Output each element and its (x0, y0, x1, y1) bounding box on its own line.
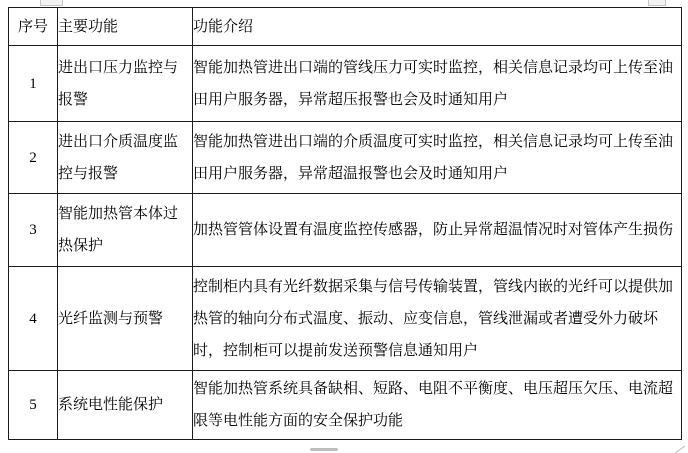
function-cell: 系统电性能保护 (58, 371, 193, 440)
row-number-cell: 2 (9, 122, 58, 194)
table-row: 3 智能加热管本体过热保护 加热管管体设置有温度监控传感器，防止异常超温情况时对… (9, 194, 682, 267)
header-cell-function: 主要功能 (58, 8, 193, 46)
row-number-cell: 3 (9, 194, 58, 267)
description-cell: 智能加热管进出口端的管线压力可实时监控，相关信息记录均可上传至油田用户服务器，异… (193, 46, 682, 122)
cropped-ui-artifact-top-left (40, 0, 63, 6)
document-page: { "colors": { "table_border": "#1c1c1c",… (0, 0, 688, 453)
function-cell: 光纤监测与预警 (58, 267, 193, 371)
row-number-cell: 5 (9, 371, 58, 440)
description-cell: 智能加热管进出口端的介质温度可实时监控，相关信息记录均可上传至油田用户服务器，异… (193, 122, 682, 194)
features-table: 序号 主要功能 功能介绍 1 进出口压力监控与报警 智能加热管进出口端的管线压力… (8, 7, 682, 440)
table-row: 4 光纤监测与预警 控制柜内具有光纤数据采集与信号传输装置，管线内嵌的光纤可以提… (9, 267, 682, 371)
row-number-cell: 4 (9, 267, 58, 371)
header-cell-number: 序号 (9, 8, 58, 46)
function-cell: 进出口介质温度监控与报警 (58, 122, 193, 194)
table-row: 1 进出口压力监控与报警 智能加热管进出口端的管线压力可实时监控，相关信息记录均… (9, 46, 682, 122)
table-resize-handle-icon (675, 446, 685, 453)
cropped-ui-artifact-top-right (648, 0, 666, 6)
table-row: 2 进出口介质温度监控与报警 智能加热管进出口端的介质温度可实时监控，相关信息记… (9, 122, 682, 194)
description-cell: 加热管管体设置有温度监控传感器，防止异常超温情况时对管体产生损伤 (193, 194, 682, 267)
row-number-cell: 1 (9, 46, 58, 122)
description-cell: 控制柜内具有光纤数据采集与信号传输装置，管线内嵌的光纤可以提供加热管的轴向分布式… (193, 267, 682, 371)
function-cell: 智能加热管本体过热保护 (58, 194, 193, 267)
description-cell: 智能加热管系统具备缺相、短路、电阻不平衡度、电压超压欠压、电流超限等电性能方面的… (193, 371, 682, 440)
header-cell-description: 功能介绍 (193, 8, 682, 46)
table-header-row: 序号 主要功能 功能介绍 (9, 8, 682, 46)
function-cell: 进出口压力监控与报警 (58, 46, 193, 122)
cropped-ui-artifact-bottom (310, 448, 338, 451)
table-row: 5 系统电性能保护 智能加热管系统具备缺相、短路、电阻不平衡度、电压超压欠压、电… (9, 371, 682, 440)
